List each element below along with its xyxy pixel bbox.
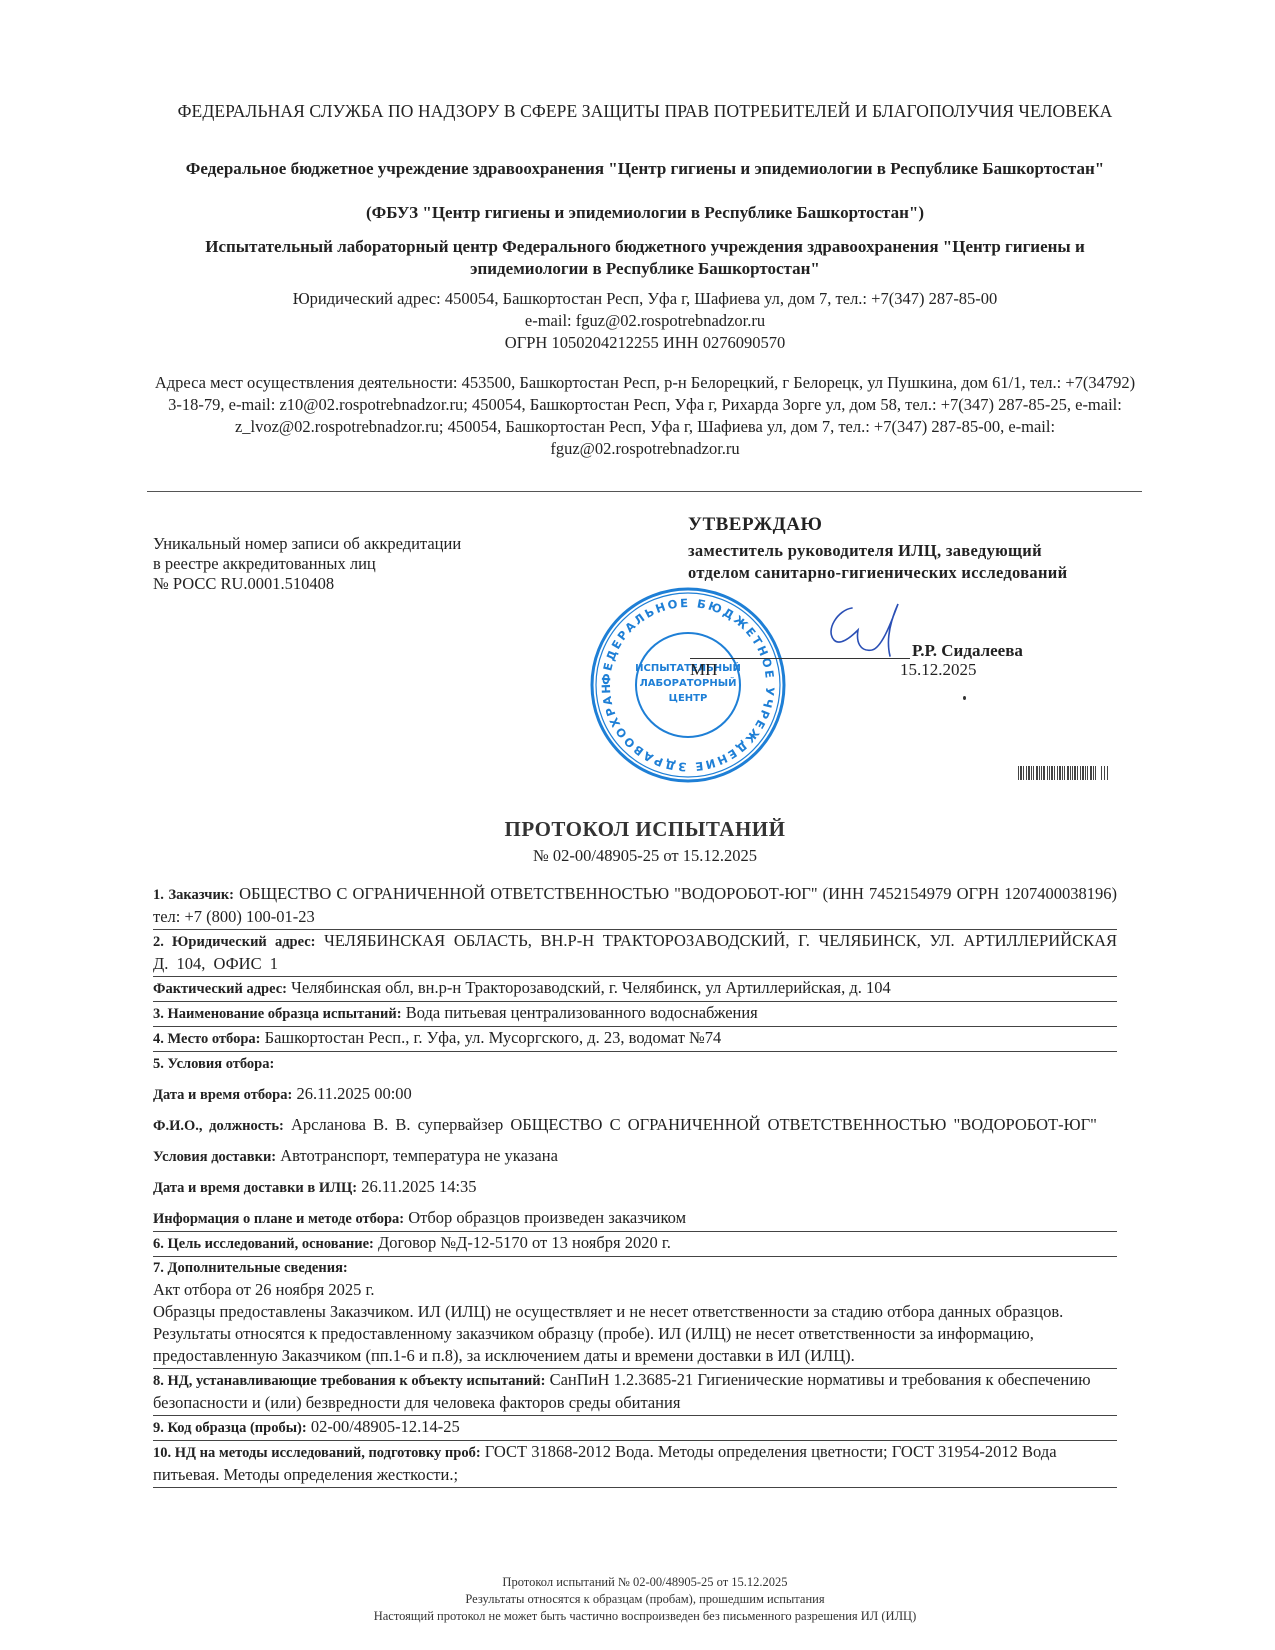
activity-addresses: Адреса мест осуществления деятельности: …	[150, 372, 1140, 460]
field-value: Образцы предоставлены Заказчиком. ИЛ (ИЛ…	[153, 1301, 1117, 1367]
registration-numbers: ОГРН 1050204212255 ИНН 0276090570	[150, 332, 1140, 354]
field-value: 02-00/48905-12.14-25	[311, 1417, 460, 1436]
protocol-number: № 02-00/48905-25 от 15.12.2025	[150, 846, 1140, 866]
laboratory-name: Испытательный лабораторный центр Федерал…	[150, 236, 1140, 280]
approval-title: УТВЕРЖДАЮ	[688, 514, 822, 536]
field-sample-code: 9. Код образца (пробы): 02-00/48905-12.1…	[153, 1416, 1117, 1441]
stamp-center-line-1: ИСПЫТАТЕЛЬНЫЙ	[635, 661, 741, 674]
accreditation-line-2: в реестре аккредитованных лиц	[153, 554, 573, 574]
agency-name: ФЕДЕРАЛЬНАЯ СЛУЖБА ПО НАДЗОРУ В СФЕРЕ ЗА…	[150, 100, 1140, 122]
email: e-mail: fguz@02.rospotrebnadzor.ru	[150, 310, 1140, 332]
field-sampling-plan: Информация о плане и методе отбора: Отбо…	[153, 1207, 1117, 1232]
stamp-place-label: МП	[690, 660, 717, 680]
field-delivery-datetime: Дата и время доставки в ИЛЦ: 26.11.2025 …	[153, 1176, 1117, 1200]
legal-address: Юридический адрес: 450054, Башкортостан …	[150, 288, 1140, 310]
signatory-name: Р.Р. Сидалеева	[912, 641, 1023, 661]
field-value: Автотранспорт, температура не указана	[280, 1146, 558, 1165]
page-footer: Протокол испытаний № 02-00/48905-25 от 1…	[150, 1574, 1140, 1625]
protocol-title: ПРОТОКОЛ ИСПЫТАНИЙ	[150, 817, 1140, 842]
field-value: Арсланова В. В. супервайзер ОБЩЕСТВО С О…	[291, 1115, 1097, 1134]
approval-date: 15.12.2025	[900, 660, 977, 680]
organization-short-name: (ФБУЗ "Центр гигиены и эпидемиологии в Р…	[150, 202, 1140, 224]
field-label: 5. Условия отбора:	[153, 1056, 274, 1072]
field-value: Челябинская обл, вн.р-н Тракторозаводски…	[291, 978, 891, 997]
field-act: Акт отбора от 26 ноября 2025 г.	[153, 1279, 1117, 1301]
field-label: 8. НД, устанавливающие требования к объе…	[153, 1373, 545, 1389]
ink-dot	[963, 696, 966, 700]
field-value: ОБЩЕСТВО С ОГРАНИЧЕННОЙ ОТВЕТСТВЕННОСТЬЮ…	[153, 884, 1117, 926]
accreditation-number: № РОСС RU.0001.510408	[153, 574, 573, 594]
field-label: 6. Цель исследований, основание:	[153, 1236, 374, 1252]
accreditation-block: Уникальный номер записи об аккредитации …	[153, 534, 573, 594]
official-stamp: ФЕДЕРАЛЬНОЕ БЮДЖЕТНОЕ УЧРЕЖДЕНИЕ ЗДРАВОО…	[588, 585, 788, 785]
accreditation-line-1: Уникальный номер записи об аккредитации	[153, 534, 573, 554]
field-label: Дата и время доставки в ИЛЦ:	[153, 1180, 357, 1196]
field-label: 3. Наименование образца испытаний:	[153, 1006, 402, 1022]
field-purpose: 6. Цель исследований, основание: Договор…	[153, 1232, 1117, 1257]
signature-line	[690, 658, 910, 659]
field-additional-info: 7. Дополнительные сведения: Акт отбора о…	[153, 1257, 1117, 1369]
field-label: 9. Код образца (пробы):	[153, 1420, 307, 1436]
footer-protocol-ref: Протокол испытаний № 02-00/48905-25 от 1…	[150, 1574, 1140, 1591]
field-person: Ф.И.О., должность: Арсланова В. В. супер…	[153, 1114, 1117, 1138]
stamp-center-line-3: ЦЕНТР	[669, 693, 708, 704]
field-label: Дата и время отбора:	[153, 1087, 292, 1103]
field-label: 1. Заказчик:	[153, 887, 234, 903]
field-value: 26.11.2025 14:35	[361, 1177, 476, 1196]
field-actual-address: Фактический адрес: Челябинская обл, вн.р…	[153, 977, 1117, 1002]
field-label: 7. Дополнительные сведения:	[153, 1257, 1117, 1279]
field-sampling-datetime: Дата и время отбора: 26.11.2025 00:00	[153, 1083, 1117, 1107]
approver-role-line-2: отделом санитарно-гигиенических исследов…	[688, 562, 1158, 584]
field-value: Башкортостан Респ., г. Уфа, ул. Мусоргск…	[265, 1028, 722, 1047]
field-value: Вода питьевая централизованного водоснаб…	[406, 1003, 758, 1022]
field-label: 2. Юридический адрес:	[153, 934, 315, 950]
footer-results-note: Результаты относятся к образцам (пробам)…	[150, 1591, 1140, 1608]
field-label: Информация о плане и методе отбора:	[153, 1211, 404, 1227]
field-label: Условия доставки:	[153, 1149, 276, 1165]
field-delivery-conditions: Условия доставки: Автотранспорт, темпера…	[153, 1145, 1117, 1169]
field-sampling-place: 4. Место отбора: Башкортостан Респ., г. …	[153, 1027, 1117, 1052]
barcode	[1018, 766, 1140, 780]
field-value: Отбор образцов произведен заказчиком	[408, 1208, 686, 1227]
protocol-fields: 1. Заказчик: ОБЩЕСТВО С ОГРАНИЧЕННОЙ ОТВ…	[153, 883, 1117, 1488]
field-value: 26.11.2025 00:00	[296, 1084, 411, 1103]
field-requirements: 8. НД, устанавливающие требования к объе…	[153, 1369, 1117, 1416]
stamp-center-line-2: ЛАБОРАТОРНЫЙ	[640, 676, 737, 689]
field-methods: 10. НД на методы исследований, подготовк…	[153, 1441, 1117, 1488]
field-label: 10. НД на методы исследований, подготовк…	[153, 1445, 481, 1461]
field-label: 4. Место отбора:	[153, 1031, 260, 1047]
contacts-block: Юридический адрес: 450054, Башкортостан …	[150, 288, 1140, 354]
approver-role-line-1: заместитель руководителя ИЛЦ, заведующий	[688, 540, 1158, 562]
organization-name: Федеральное бюджетное учреждение здравоо…	[150, 158, 1140, 180]
field-label: Фактический адрес:	[153, 981, 287, 997]
field-label: Ф.И.О., должность:	[153, 1118, 284, 1134]
approver-role: заместитель руководителя ИЛЦ, заведующий…	[688, 540, 1158, 584]
header-divider	[147, 491, 1142, 492]
field-sampling-conditions: 5. Условия отбора:	[153, 1052, 1117, 1076]
footer-reproduction-note: Настоящий протокол не может быть частичн…	[150, 1608, 1140, 1625]
field-customer: 1. Заказчик: ОБЩЕСТВО С ОГРАНИЧЕННОЙ ОТВ…	[153, 883, 1117, 930]
field-value: Договор №Д-12-5170 от 13 ноября 2020 г.	[378, 1233, 671, 1252]
field-legal-address: 2. Юридический адрес: ЧЕЛЯБИНСКАЯ ОБЛАСТ…	[153, 930, 1117, 977]
field-sample-name: 3. Наименование образца испытаний: Вода …	[153, 1002, 1117, 1027]
